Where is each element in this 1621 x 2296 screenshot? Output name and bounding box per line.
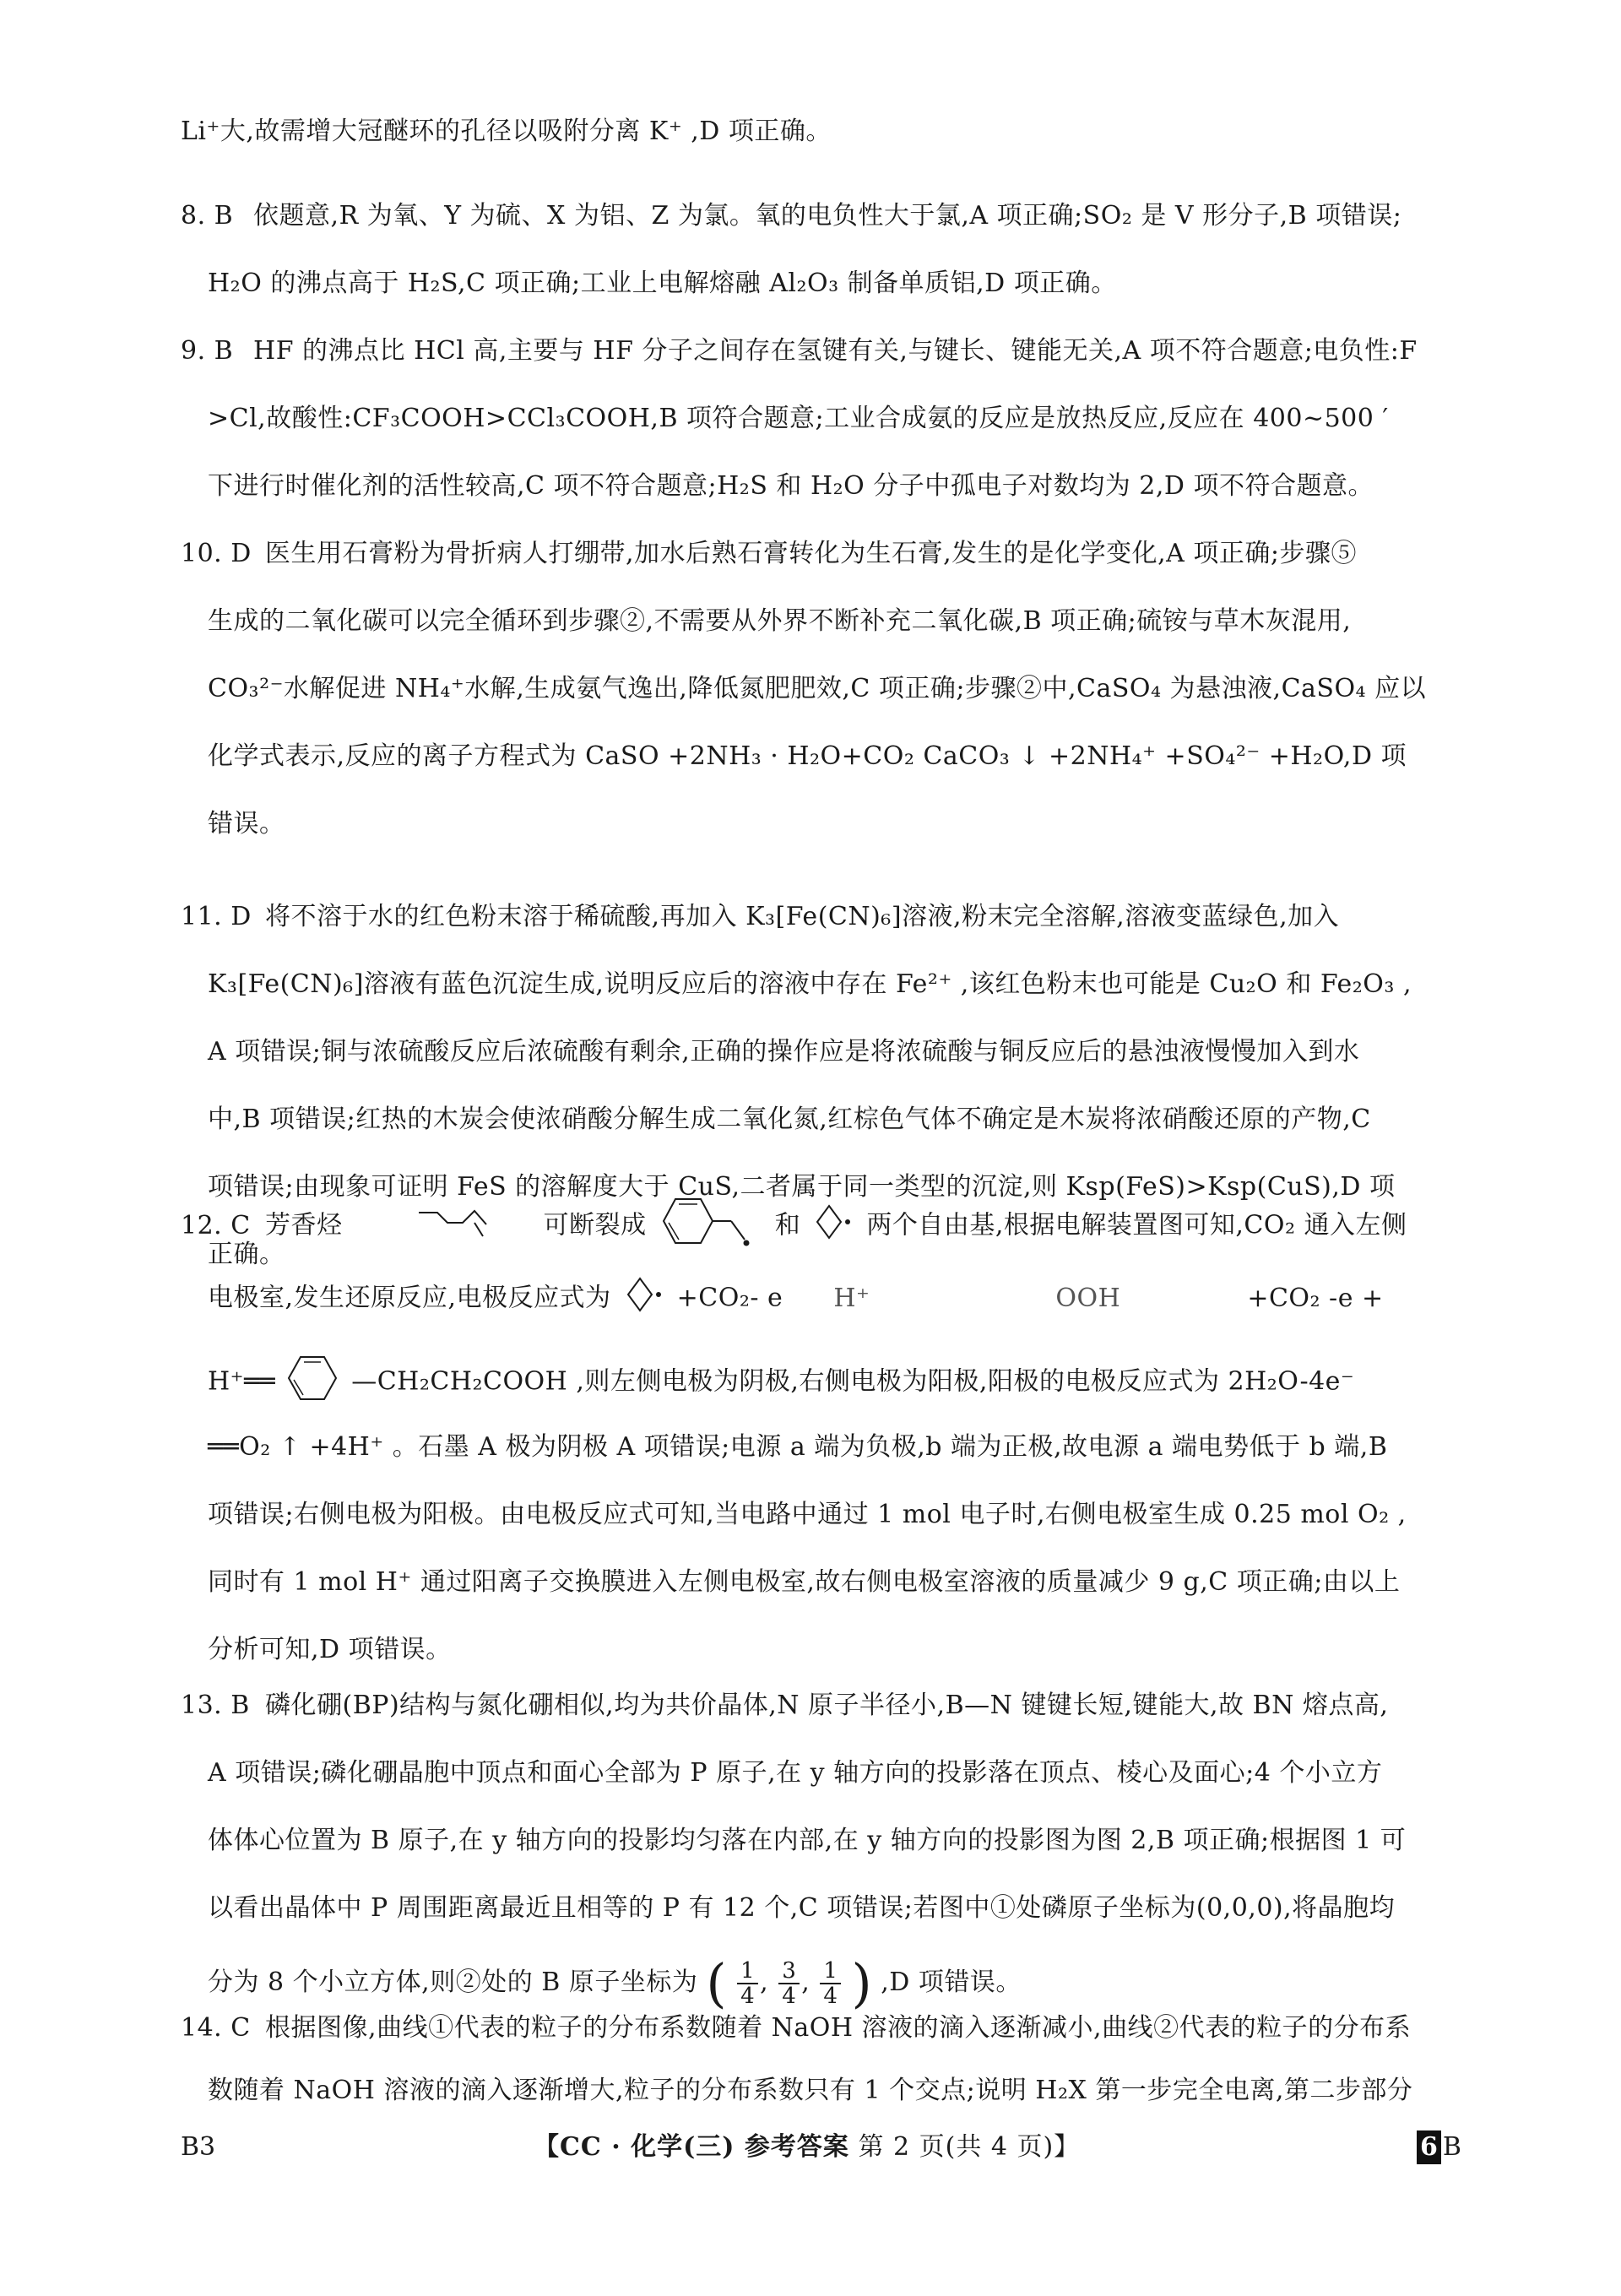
text-line: HF 的沸点比 HCl 高,主要与 HF 分子之间存在氢键有关,与键长、键能无关…	[253, 336, 1418, 366]
text-fragment: 可断裂成	[544, 1211, 647, 1240]
text-line: 下进行时催化剂的活性较高,C 项不符合题意;H₂S 和 H₂O 分子中孤电子对数…	[208, 470, 1374, 503]
footer-version: 6B	[1417, 2130, 1461, 2164]
text-fragment: 和	[775, 1211, 801, 1240]
text-line: A 项错误;磷化硼晶胞中顶点和面心全部为 P 原子,在 y 轴方向的投影落在顶点…	[208, 1756, 1382, 1790]
text-line: 错误。	[208, 807, 285, 841]
text-line: 同时有 1 mol H⁺ 通过阳离子交换膜进入左侧电极室,故右侧电极室溶液的质量…	[208, 1566, 1400, 1599]
version-letter: B	[1443, 2132, 1461, 2162]
question-number: 11. D	[181, 900, 257, 934]
text-line: 以看出晶体中 P 周围距离最近且相等的 P 有 12 个,C 项错误;若图中①处…	[208, 1892, 1395, 1925]
text-fragment: ,D 项错误。	[881, 1968, 1022, 1997]
fraction: 1 4	[820, 1959, 841, 2008]
version-badge: 6	[1417, 2130, 1441, 2164]
text-line: 体体心位置为 B 原子,在 y 轴方向的投影均匀落在内部,在 y 轴方向的投影图…	[208, 1824, 1406, 1858]
aromatic-hydrocarbon-structure-icon	[419, 1201, 529, 1252]
text-line: 化学式表示,反应的离子方程式为 CaSO +2NH₃ · H₂O+CO₂ CaC…	[208, 740, 1407, 773]
question-9: 9. B HF 的沸点比 HCl 高,主要与 HF 分子之间存在氢键有关,与键长…	[181, 334, 1418, 368]
text-fragment: 电极室,发生还原反应,电极反应式为	[208, 1284, 611, 1313]
footer-title: 【CC · 化学(三) 参考答案 第 2 页(共 4 页)】	[534, 2130, 1080, 2164]
footer-subject: 【CC · 化学(三) 参考答案	[534, 2132, 849, 2162]
text-fragment: +CO₂ -e +	[1247, 1284, 1383, 1313]
text-line: K₃[Fe(CN)₆]溶液有蓝色沉淀生成,说明反应后的溶液中存在 Fe²⁺ ,该…	[208, 968, 1412, 1001]
text-line: Li⁺大,故需增大冠醚环的孔径以吸附分离 K⁺ ,D 项正确。	[181, 115, 832, 149]
text-line: 磷化硼(BP)结构与氮化硼相似,均为共价晶体,N 原子半径小,B—N 键键长短,…	[265, 1691, 1388, 1720]
text-line: 将不溶于水的红色粉末溶于稀硫酸,再加入 K₃[Fe(CN)₆]溶液,粉末完全溶解…	[265, 902, 1339, 931]
right-paren: )	[851, 1952, 872, 2014]
cyclobutyl-radical-structure-icon	[623, 1273, 665, 1325]
text-fragment: 分为 8 个小立方体,则②处的 B 原子坐标为	[208, 1968, 697, 1997]
text-fragment: —CH₂CH₂COOH ,则左侧电极为阴极,右侧电极为阳极,阳极的电极反应式为 …	[351, 1367, 1354, 1397]
answer-key-page: Li⁺大,故需增大冠醚环的孔径以吸附分离 K⁺ ,D 项正确。 8. B 依题意…	[0, 0, 1621, 2296]
text-line: 生成的二氧化碳可以完全循环到步骤②,不需要从外界不断补充二氧化碳,B 项正确;硫…	[208, 605, 1351, 638]
question-13: 13. B 磷化硼(BP)结构与氮化硼相似,均为共价晶体,N 原子半径小,B—N…	[181, 1689, 1388, 1723]
text-line: H₂O 的沸点高于 H₂S,C 项正确;工业上电解熔融 Al₂O₃ 制备单质铝,…	[208, 267, 1117, 301]
question-12-line-2: 电极室,发生还原反应,电极反应式为 +CO₂- e H⁺ OOH +CO₂ -e…	[208, 1273, 1384, 1325]
question-number: 14. C	[181, 2011, 257, 2045]
text-line: CO₃²⁻水解促进 NH₄⁺水解,生成氨气逸出,降低氮肥肥效,C 项正确;步骤②…	[208, 672, 1426, 706]
text-fragment: 芳香烃	[265, 1211, 343, 1240]
benzene-ring-structure-icon	[285, 1354, 341, 1411]
cyclobutyl-radical-structure-icon	[812, 1201, 854, 1252]
question-number: 12. C	[181, 1209, 257, 1243]
text-line: ══O₂ ↑ +4H⁺ 。石墨 A 极为阴极 A 项错误;电源 a 端为负极,b…	[208, 1430, 1387, 1464]
fraction: 3 4	[778, 1959, 800, 2008]
text-fragment: +CO₂- e	[677, 1284, 783, 1313]
text-line: 根据图像,曲线①代表的粒子的分布系数随着 NaOH 溶液的滴入逐渐减小,曲线②代…	[265, 2013, 1411, 2043]
footer-page-info: 第 2 页(共 4 页)】	[849, 2132, 1080, 2162]
question-14: 14. C 根据图像,曲线①代表的粒子的分布系数随着 NaOH 溶液的滴入逐渐减…	[181, 2011, 1411, 2045]
question-number: 9. B	[181, 334, 245, 368]
text-fragment: H⁺	[833, 1284, 870, 1313]
text-line: >Cl,故酸性:CF₃COOH>CCl₃COOH,B 项符合题意;工业合成氨的反…	[208, 402, 1389, 436]
left-paren: (	[706, 1952, 727, 2014]
question-11: 11. D 将不溶于水的红色粉末溶于稀硫酸,再加入 K₃[Fe(CN)₆]溶液,…	[181, 900, 1339, 934]
text-line: 项错误;右侧电极为阳极。由电极反应式可知,当电路中通过 1 mol 电子时,右侧…	[208, 1498, 1407, 1532]
text-line: A 项错误;铜与浓硫酸反应后浓硫酸有剩余,正确的操作应是将浓硫酸与铜反应后的悬浊…	[208, 1035, 1359, 1069]
question-8: 8. B 依题意,R 为氧、Y 为硫、X 为铝、Z 为氯。氧的电负性大于氯,A …	[181, 199, 1401, 233]
benzyl-radical-structure-icon	[660, 1196, 762, 1257]
text-line: 中,B 项错误;红热的木炭会使浓硝酸分解生成二氧化氮,红棕色气体不确定是木炭将浓…	[208, 1103, 1371, 1137]
question-number: 13. B	[181, 1689, 257, 1723]
fraction: 1 4	[737, 1959, 758, 2008]
text-line: 依题意,R 为氧、Y 为硫、X 为铝、Z 为氯。氧的电负性大于氯,A 项正确;S…	[253, 201, 1401, 231]
question-12-line-3: H⁺══ —CH₂CH₂COOH ,则左侧电极为阴极,右侧电极为阳极,阳极的电极…	[208, 1354, 1354, 1411]
text-fragment: 两个自由基,根据电解装置图可知,CO₂ 通入左侧	[866, 1211, 1407, 1240]
question-10: 10. D 医生用石膏粉为骨折病人打绷带,加水后熟石膏转化为生石膏,发生的是化学…	[181, 537, 1357, 571]
question-12-line-1: 12. C 芳香烃 可断裂成 和 两个自由基	[181, 1196, 1407, 1257]
footer-code: B3	[181, 2130, 215, 2164]
text-line: 分析可知,D 项错误。	[208, 1633, 452, 1667]
question-number: 8. B	[181, 199, 245, 233]
question-number: 10. D	[181, 537, 257, 571]
question-13-line-5: 分为 8 个小立方体,则②处的 B 原子坐标为 ( 1 4 , 3 4 , 1 …	[208, 1957, 1022, 2010]
text-line: 数随着 NaOH 溶液的滴入逐渐增大,粒子的分布系数只有 1 个交点;说明 H₂…	[208, 2074, 1412, 2108]
text-line: 医生用石膏粉为骨折病人打绷带,加水后熟石膏转化为生石膏,发生的是化学变化,A 项…	[265, 539, 1357, 568]
text-fragment: H⁺══	[208, 1367, 275, 1397]
text-fragment: OOH	[1055, 1284, 1120, 1313]
